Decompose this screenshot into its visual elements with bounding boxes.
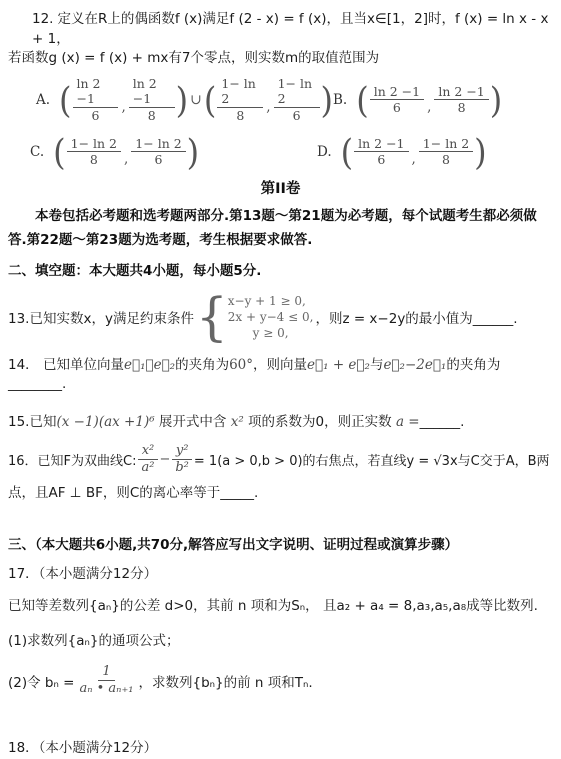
question-17-given: 已知等差数列{aₙ}的公差 d>0，其前 n 项和为Sₙ， 且a₂ + a₄ =… xyxy=(8,597,553,617)
question-16-line1: 16．已知F为双曲线C: x²a² − y²b² = 1(a > 0,b > 0… xyxy=(8,443,553,477)
constraint-2: 2x + y−4 ≤ 0, xyxy=(228,309,314,325)
question-15: 15.已知(x −1)(ax +1)⁶ 展开式中含 x² 项的系数为0，则正实数… xyxy=(8,413,553,433)
option-B-interval: ( ln 2 −16 , ln 2 −18 ) xyxy=(356,84,502,116)
option-A-interval-2: ( 1− ln 28 , 1− ln 26 ) xyxy=(204,76,333,124)
question-18-title: 18．（本小题满分12分） xyxy=(8,739,553,759)
fraction: ln 2 −18 xyxy=(434,84,488,116)
option-D-label: D. xyxy=(317,144,332,160)
right-paren: ) xyxy=(474,134,486,170)
option-D-interval: ( ln 2 −16 , 1− ln 28 ) xyxy=(341,136,487,168)
fraction: ln 2 −16 xyxy=(73,76,119,124)
vector-diff: e⃗₂−2e⃗₁ xyxy=(383,357,446,373)
comma: , xyxy=(266,99,270,115)
fraction: 1− ln 28 xyxy=(67,136,121,168)
options-row-1: A. ( ln 2 −16 , ln 2 −18 ) ∪ ( 1− ln 28 … xyxy=(8,77,553,123)
vector-e1-e2: e⃗₁，e⃗₂ xyxy=(124,357,175,373)
blank: ______. xyxy=(420,414,465,430)
question-14-text: 14． 已知单位向量 xyxy=(8,357,124,373)
left-paren: ( xyxy=(53,134,65,170)
constraint-3: y ≥ 0, xyxy=(228,325,314,341)
minus-sign: − xyxy=(159,452,170,467)
exam-page: 12.定义在R上的偶函数f (x)满足f (2 - x) = f (x)，且当x… xyxy=(0,0,561,759)
comma: , xyxy=(427,99,431,115)
comma: , xyxy=(121,99,125,115)
fraction: 1− ln 28 xyxy=(419,136,473,168)
a-equals: a = xyxy=(396,414,420,430)
question-16-eqpost: = 1(a > 0,b > 0)的右焦点，若直线y = √3x与C交于A，B两 xyxy=(194,450,550,469)
left-brace: { xyxy=(196,291,228,342)
question-13: 13.已知实数x，y满足约束条件 { x−y + 1 ≥ 0, 2x + y−4… xyxy=(8,292,553,342)
option-C: C. ( 1− ln 28 , 1− ln 26 ) xyxy=(30,136,317,168)
left-paren: ( xyxy=(341,134,353,170)
angle-60: 60° xyxy=(229,357,253,373)
fill-in-header: 二、填空题：本大题共4小题，每小题5分. xyxy=(8,262,553,282)
comma: , xyxy=(412,151,416,167)
left-paren: ( xyxy=(356,82,368,118)
question-15-pre: 15.已知 xyxy=(8,414,56,430)
comma: , xyxy=(124,151,128,167)
union-symbol: ∪ xyxy=(190,92,202,108)
option-A-interval-1: ( ln 2 −16 , ln 2 −18 ) xyxy=(59,76,188,124)
right-paren: ) xyxy=(187,134,199,170)
question-17-title: 17．（本小题满分12分） xyxy=(8,565,553,585)
question-12-text1: 定义在R上的偶函数f (x)满足f (2 - x) = f (x)，且当x∈[1… xyxy=(32,11,548,47)
fraction: 1− ln 26 xyxy=(131,136,185,168)
fraction: ln 2 −16 xyxy=(370,84,424,116)
constraint-lines: x−y + 1 ≥ 0, 2x + y−4 ≤ 0, y ≥ 0, xyxy=(228,293,314,342)
question-13-post: ，则z = x−2y的最小值为______. xyxy=(315,307,517,327)
question-17-part2-post: ，求数列{bₙ}的前 n 项和Tₙ. xyxy=(139,671,313,691)
fraction: ln 2 −16 xyxy=(354,136,408,168)
question-16-line2: 点，且AF ⊥ BF，则C的离心率等于_____. xyxy=(8,484,553,504)
option-B: B. ( ln 2 −16 , ln 2 −18 ) xyxy=(333,84,502,116)
fraction-x2-a2: x²a² xyxy=(137,443,158,477)
question-12-line2: 若函数g (x) = f (x) + mx有7个零点，则实数m的取值范围为 xyxy=(8,49,553,69)
constraint-1: x−y + 1 ≥ 0, xyxy=(228,293,314,309)
vector-sum: e⃗₁ + e⃗₂ xyxy=(307,357,370,373)
fraction: ln 2 −18 xyxy=(129,76,175,124)
question-16-pre: 16．已知F为双曲线C: xyxy=(8,450,136,469)
option-B-label: B. xyxy=(333,92,347,108)
x-squared-term: x² xyxy=(231,414,244,430)
option-A: A. ( ln 2 −16 , ln 2 −18 ) ∪ ( 1− ln 28 … xyxy=(36,76,333,124)
fraction: 1− ln 28 xyxy=(217,76,263,124)
right-paren: ) xyxy=(321,82,333,118)
left-paren: ( xyxy=(204,82,216,118)
fraction-y2-b2: y²b² xyxy=(171,443,193,477)
option-C-interval: ( 1− ln 28 , 1− ln 26 ) xyxy=(53,136,199,168)
option-A-label: A. xyxy=(36,92,50,108)
fraction-bn: 1aₙ • aₙ₊₁ xyxy=(75,664,137,698)
section-3-header: 三、（本大题共6小题,共70分,解答应写出文字说明、证明过程或演算步骤） xyxy=(8,536,553,556)
fraction: 1− ln 26 xyxy=(274,76,320,124)
right-paren: ) xyxy=(176,82,188,118)
right-paren: ) xyxy=(490,82,502,118)
question-17-part1: (1)求数列{aₙ}的通项公式； xyxy=(8,632,553,652)
question-17-part2: (2)令 bₙ = 1aₙ • aₙ₊₁ ，求数列{bₙ}的前 n 项和Tₙ. xyxy=(8,664,553,698)
section-2-header: 第II卷 xyxy=(8,179,553,200)
section-2-notice: 本卷包括必考题和选考题两部分.第13题～第21题为必考题，每个试题考生都必须做答… xyxy=(8,204,553,253)
option-D: D. ( ln 2 −16 , 1− ln 28 ) xyxy=(317,136,487,168)
binomial-expression: (x −1)(ax +1)⁶ xyxy=(56,414,154,430)
question-12-text2: 若函数g (x) = f (x) + mx有7个零点，则实数m的取值范围为 xyxy=(8,50,379,66)
question-14: 14． 已知单位向量e⃗₁，e⃗₂的夹角为60°，则向量e⃗₁ + e⃗₂与e⃗… xyxy=(8,356,553,395)
question-17-part2-pre: (2)令 bₙ = xyxy=(8,671,74,691)
question-12-line1: 12.定义在R上的偶函数f (x)满足f (2 - x) = f (x)，且当x… xyxy=(8,10,553,49)
options-row-2: C. ( 1− ln 28 , 1− ln 26 ) D. ( ln 2 −16… xyxy=(8,129,553,175)
left-paren: ( xyxy=(59,82,71,118)
option-C-label: C. xyxy=(30,144,44,160)
question-13-pre: 13.已知实数x，y满足约束条件 xyxy=(8,307,194,327)
question-12-number: 12. xyxy=(32,11,53,27)
constraint-system: { x−y + 1 ≥ 0, 2x + y−4 ≤ 0, y ≥ 0, xyxy=(196,292,314,342)
